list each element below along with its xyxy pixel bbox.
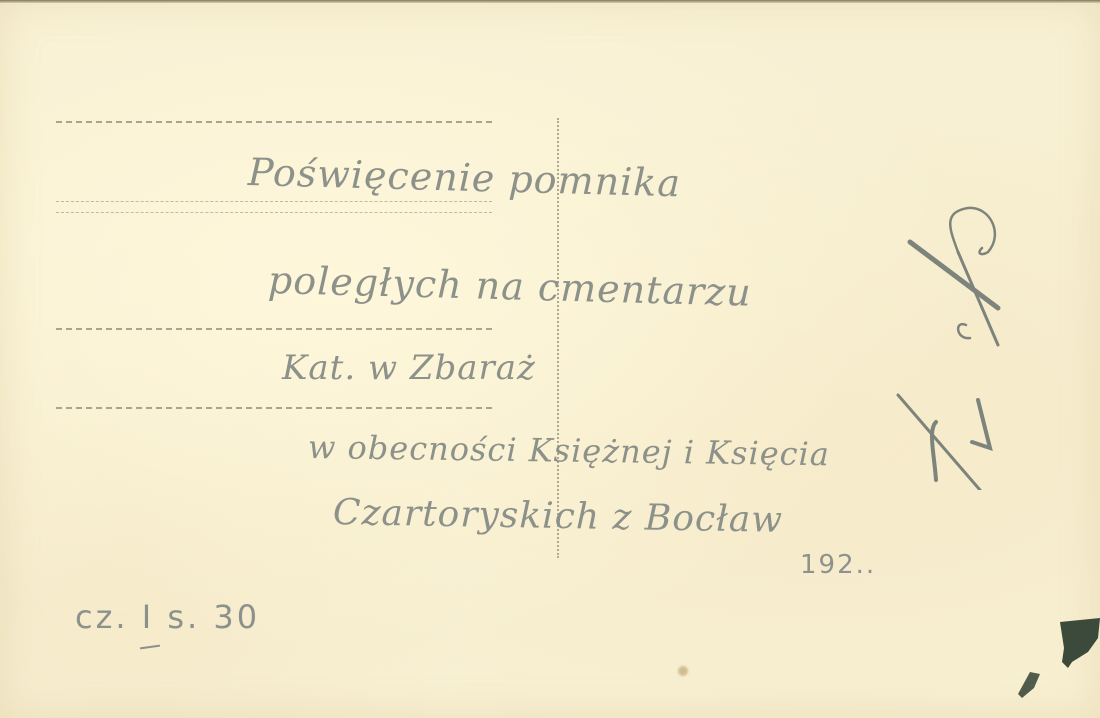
- paper-stain: [678, 666, 688, 676]
- year-note: 192..: [800, 550, 876, 580]
- postcard-back: Poświęcenie pomnika poległych na cmentar…: [0, 0, 1100, 718]
- address-line-1: [56, 121, 492, 123]
- address-line-4: [56, 407, 492, 409]
- reference-underline: [140, 645, 160, 650]
- address-line-3: [56, 328, 492, 330]
- message-line-1: Poświęcenie pomnika: [247, 150, 681, 205]
- ink-blot-icon: [1000, 600, 1100, 718]
- message-line-3: Kat. w Zbaraż: [282, 348, 536, 388]
- reference-note: cz. I s. 30: [75, 598, 260, 636]
- address-line-2a: [56, 201, 492, 202]
- card-top-edge: [0, 0, 1100, 3]
- signature-mark-icon: [880, 190, 1010, 490]
- message-line-2: poległych na cmentarzu: [267, 258, 752, 315]
- message-line-5: Czartoryskich z Bocław: [333, 492, 784, 541]
- address-line-2b: [56, 212, 492, 213]
- message-line-4: w obecności Księżnej i Księcia: [308, 428, 830, 473]
